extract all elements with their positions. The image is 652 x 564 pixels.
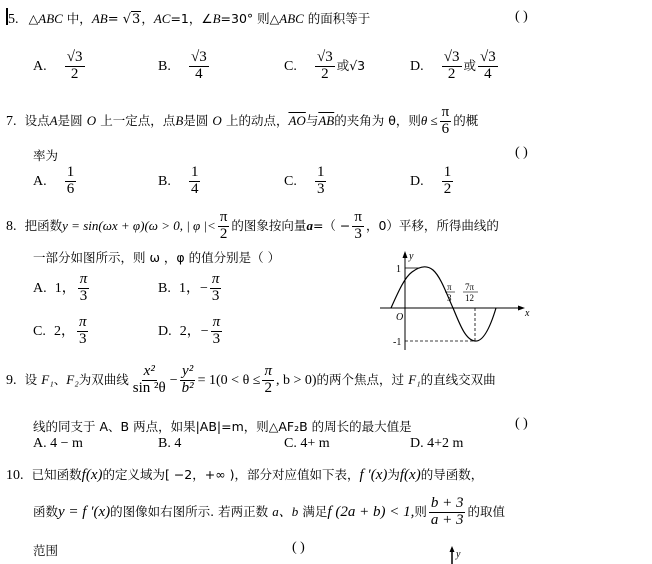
answer-bracket: ( ) — [515, 416, 528, 432]
option-b: B. 14 — [158, 165, 202, 198]
option-a: A. √32 — [33, 50, 87, 83]
question-8-line2: 一部分如图所示，则 ω ，φ 的值分别是（ ） — [33, 248, 280, 266]
question-9-line2: 线的同支于 A、B 两点，如果|AB|=m，则△AF₂B 的周长的最大值是 — [33, 417, 412, 435]
y-tick-1: 1 — [396, 264, 401, 275]
option-c: C. 2，π3 — [33, 315, 91, 348]
question-5-stem: 5. △ABC 中，AB= √3，AC=1，∠B=30° 则△ABC 的面积等于 — [8, 9, 370, 28]
option-d: D. 4+2 m — [410, 436, 463, 452]
y-tick-neg1: -1 — [393, 337, 401, 348]
option-a: A. 4 − m — [33, 436, 83, 452]
answer-bracket: ( ) — [515, 9, 528, 25]
vector-ab: AB — [318, 113, 334, 128]
option-b: B. √34 — [158, 50, 211, 83]
question-7-stem: 7. 设点A是圆 O 上一定点，点B是圆 O 上的动点，AO与AB的夹角为 θ，… — [6, 105, 478, 138]
question-10-line3: 范围 — [33, 541, 58, 559]
derivative-graph-stub: y — [448, 546, 478, 564]
x-tick-pi-3-den: 3 — [447, 293, 452, 303]
x-axis-label: x — [524, 308, 530, 319]
answer-bracket: ( ) — [292, 540, 305, 556]
option-b: B. 1，−π3 — [158, 272, 223, 305]
origin-label: O — [396, 312, 403, 323]
option-d: D. 12 — [410, 165, 455, 198]
option-c: C. √32或√3 — [284, 50, 365, 83]
question-number: 5. — [8, 12, 19, 27]
sine-graph: y x O 1 -1 π 3 7π 12 — [375, 250, 535, 355]
option-a: A. 1，π3 — [33, 272, 91, 305]
question-8-stem: 8. 把函数y = sin(ωx + φ)(ω > 0, | φ |<π2的图象… — [6, 210, 499, 243]
sqrt-expression: √3 — [123, 11, 142, 27]
vector-ao: AO — [288, 113, 305, 128]
question-7-line2: 率为 — [33, 146, 58, 164]
question-10-line2: 函数y = f ′(x)的图像如右图所示. 若两正数 a、b 满足f (2a +… — [33, 496, 505, 529]
question-10-stem: 10. 已知函数f(x)的定义域为[ −2，+∞ )，部分对应值如下表，f ′(… — [6, 465, 483, 484]
y-axis-label: y — [455, 549, 461, 560]
x-tick-7pi-12-den: 12 — [465, 293, 474, 303]
option-d: D. 2，−π3 — [158, 315, 224, 348]
y-axis-label: y — [408, 251, 414, 262]
option-b: B. 4 — [158, 436, 181, 452]
option-d: D. √32或√34 — [410, 50, 500, 83]
option-c: C. 13 — [284, 165, 328, 198]
option-c: C. 4+ m — [284, 436, 330, 452]
answer-bracket: ( ) — [515, 145, 528, 161]
option-a: A. 16 — [33, 165, 78, 198]
x-tick-pi-3-num: π — [447, 282, 452, 292]
x-tick-7pi-12-num: 7π — [465, 282, 475, 292]
question-9-stem: 9. 设 F₁、F₂为双曲线x²sin ²θ−y²b²= 1(0 < θ ≤π2… — [6, 364, 496, 397]
